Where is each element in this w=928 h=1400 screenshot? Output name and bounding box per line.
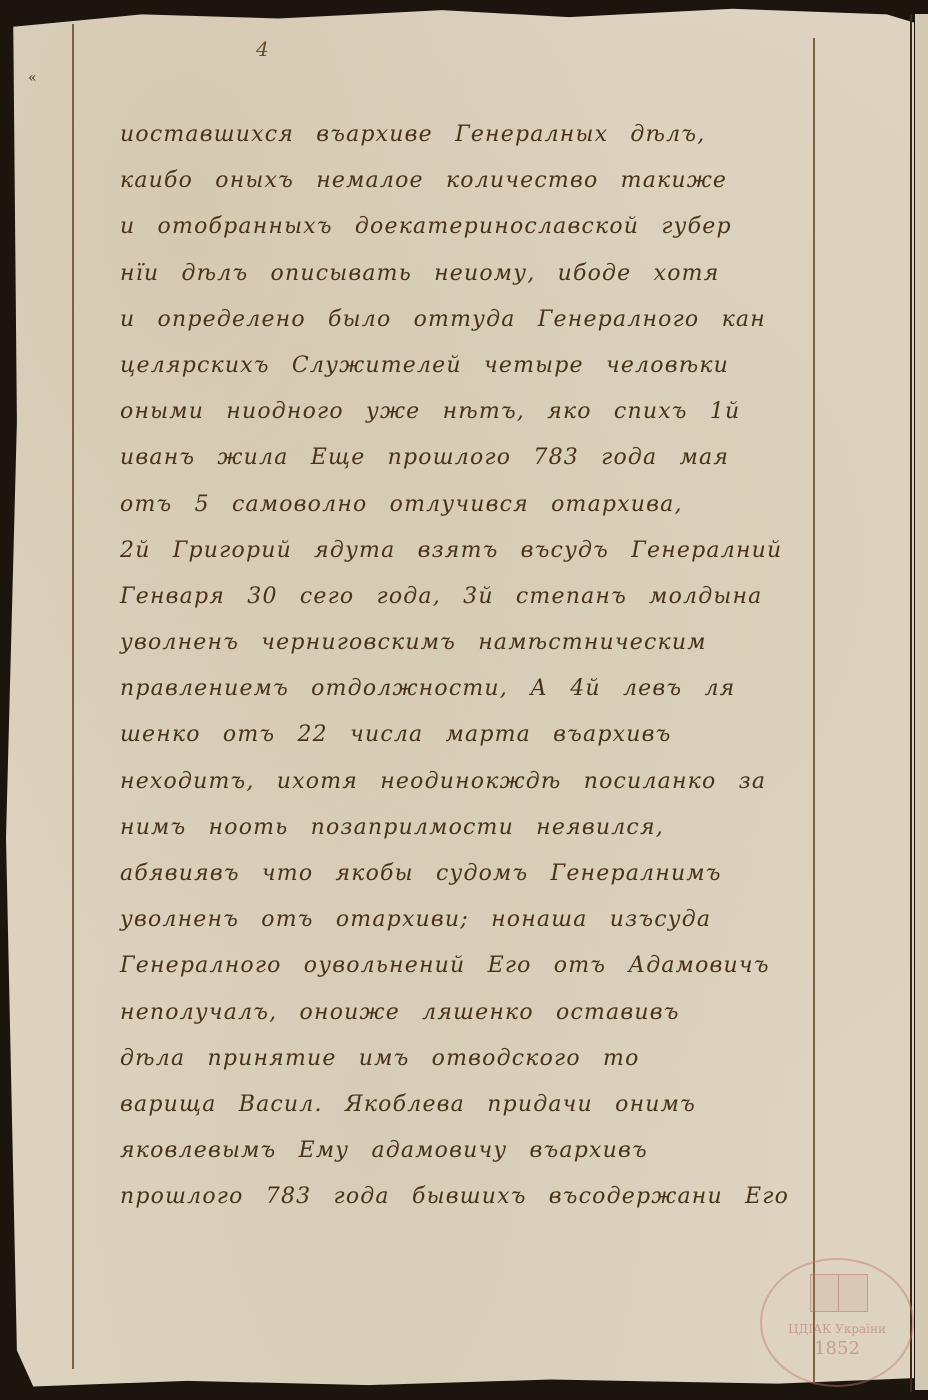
text-line: каибо оныхъ немалое количество такиже <box>120 158 820 204</box>
text-line: целярскихъ Служителей четыре человѣки <box>120 343 820 389</box>
text-line: оными ниодного уже нѣтъ, яко спихъ 1й <box>120 389 820 435</box>
text-line: дѣла принятие имъ отводского то <box>120 1036 820 1082</box>
left-margin-rule <box>72 24 74 1369</box>
text-line: отъ 5 самоволно отлучився отархива, <box>120 482 820 528</box>
stamp-label: ЦДІАК України <box>762 1322 912 1336</box>
next-page-edge <box>915 14 928 1390</box>
text-line: неходитъ, ихотя неодинокждѣ посиланко за <box>120 759 820 805</box>
manuscript-scan: 4 « иоставшихся въархиве Генералных дѣлъ… <box>0 0 928 1400</box>
text-line: Генералного оувольнений Его отъ Адамович… <box>120 943 820 989</box>
text-line: и определено было оттуда Генералного кан <box>120 297 820 343</box>
text-line: яковлевымъ Ему адамовичу въархивъ <box>120 1128 820 1174</box>
text-line: абявиявъ что якобы судомъ Генералнимъ <box>120 851 820 897</box>
text-line: иоставшихся въархиве Генералных дѣлъ, <box>120 112 820 158</box>
corner-mark: « <box>28 70 37 86</box>
text-line: варища Васил. Якоблева придачи онимъ <box>120 1082 820 1128</box>
text-line: нїи дѣлъ описывать неиому, ибоде хотя <box>120 251 820 297</box>
stamp-year: 1852 <box>762 1338 912 1359</box>
text-line: прошлого 783 года бывшихъ въсодержани Ег… <box>120 1174 820 1220</box>
archive-stamp: ЦДІАК України 1852 <box>760 1258 914 1387</box>
text-line: 2й Григорий ядута взятъ въсудъ Генерални… <box>120 528 820 574</box>
binding-edge <box>910 14 912 1392</box>
text-line: иванъ жила Еще прошлого 783 года мая <box>120 435 820 481</box>
text-line: Генваря 30 сего года, 3й степанъ молдына <box>120 574 820 620</box>
text-line: и отобранныхъ доекатеринославской губер <box>120 204 820 250</box>
open-book-icon <box>810 1274 868 1312</box>
text-line: правлениемъ отдолжности, А 4й левъ ля <box>120 666 820 712</box>
text-line: уволненъ отъ отархиви; нонаша изъсуда <box>120 897 820 943</box>
page-number: 4 <box>256 37 269 61</box>
text-line: шенко отъ 22 числа марта въархивъ <box>120 712 820 758</box>
text-line: уволненъ черниговскимъ намѣстническим <box>120 620 820 666</box>
text-line: нимъ нооть позаприлмости неявился, <box>120 805 820 851</box>
handwritten-text-block: иоставшихся въархиве Генералных дѣлъ, ка… <box>120 112 820 1221</box>
text-line: неполучалъ, оноиже ляшенко оставивъ <box>120 990 820 1036</box>
